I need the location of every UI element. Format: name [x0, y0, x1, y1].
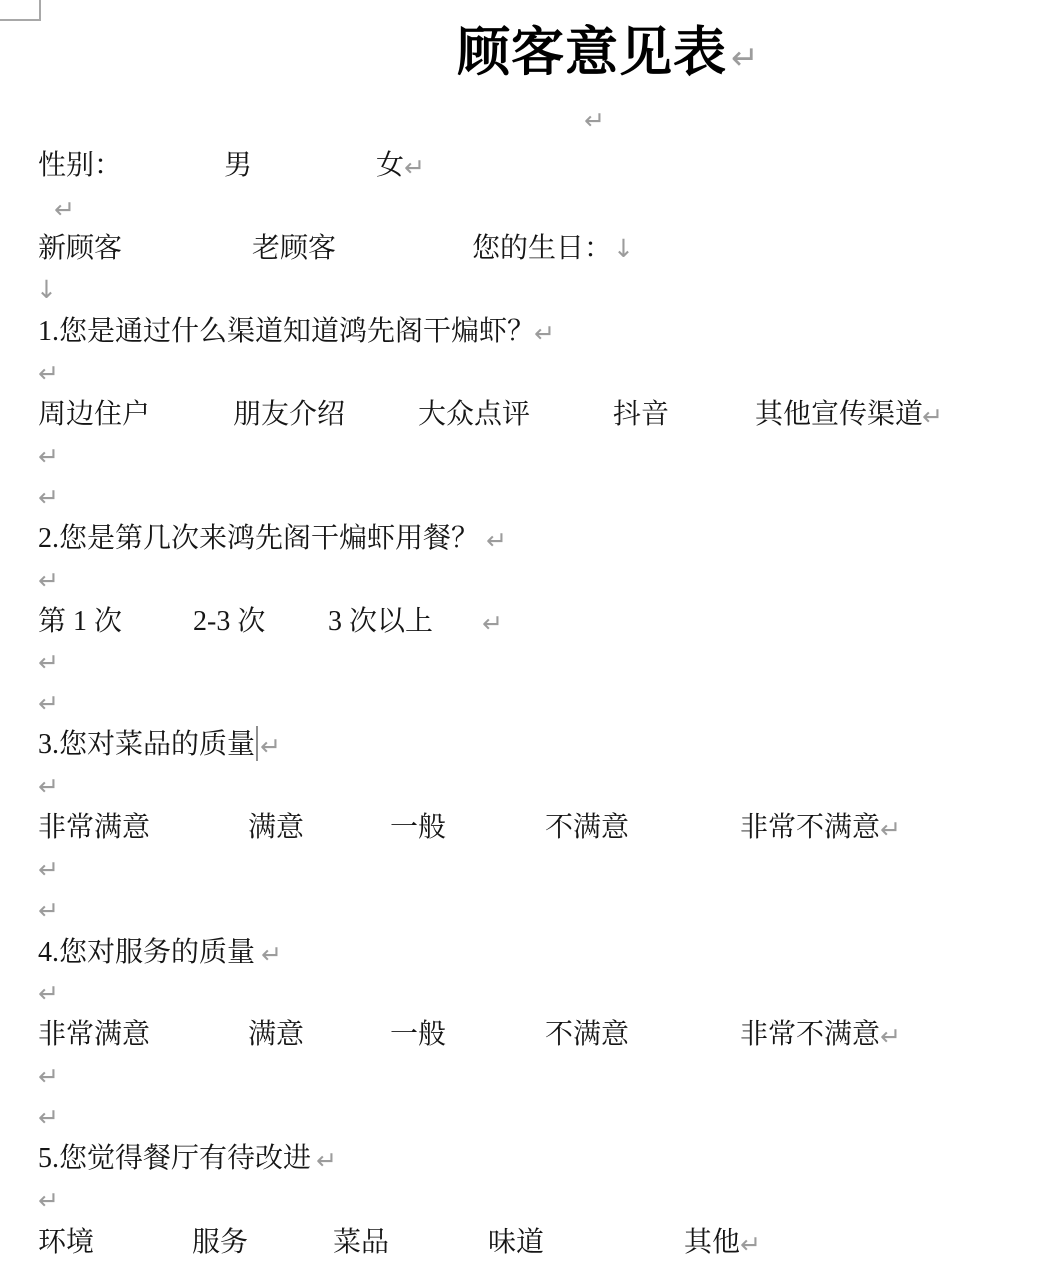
- paragraph-mark-icon: ↵: [38, 894, 59, 928]
- option-2-3-times[interactable]: 2-3 次: [193, 605, 265, 639]
- paragraph-mark-icon: ↵: [38, 1060, 59, 1094]
- option-very-dissatisfied[interactable]: 非常不满意: [740, 1018, 880, 1052]
- paragraph-mark-icon: ↵: [38, 687, 59, 721]
- option-dissatisfied[interactable]: 不满意: [545, 1018, 629, 1052]
- option-nearby-residents[interactable]: 周边住户: [38, 398, 150, 432]
- option-service[interactable]: 服务: [192, 1226, 248, 1260]
- question-2-text[interactable]: 2.您是第几次来鸿先阁干煸虾用餐？: [38, 522, 479, 556]
- paragraph-mark-icon: ↵: [38, 770, 59, 804]
- customer-option-returning[interactable]: 老顾客: [252, 232, 336, 266]
- option-environment[interactable]: 环境: [38, 1226, 94, 1260]
- line-break-mark-icon: ↓: [36, 273, 57, 307]
- option-very-satisfied[interactable]: 非常满意: [38, 811, 150, 845]
- question-1-text[interactable]: 1.您是通过什么渠道知道鸿先阁干煸虾？: [38, 315, 535, 349]
- option-satisfied[interactable]: 满意: [248, 1018, 304, 1052]
- option-other[interactable]: 其他: [684, 1226, 740, 1260]
- paragraph-mark-icon: ↵: [38, 481, 59, 515]
- option-other-channels[interactable]: 其他宣传渠道: [755, 398, 923, 432]
- paragraph-mark-icon: ↵: [38, 564, 59, 598]
- paragraph-mark-icon: ↵: [38, 977, 59, 1011]
- line-break-mark-icon: ↓: [613, 232, 634, 266]
- paragraph-mark-icon: ↵: [54, 193, 75, 227]
- question-4-text[interactable]: 4.您对服务的质量: [38, 936, 255, 970]
- paragraph-mark-icon: ↵: [38, 357, 59, 391]
- paragraph-mark-icon: ↵: [38, 646, 59, 680]
- paragraph-mark-icon: ↵: [731, 38, 759, 78]
- paragraph-mark-icon: ↵: [316, 1144, 337, 1178]
- option-douyin[interactable]: 抖音: [613, 398, 669, 432]
- paragraph-mark-icon: ↵: [260, 730, 281, 764]
- text-frame-corner: [0, 0, 41, 21]
- option-taste[interactable]: 味道: [488, 1226, 544, 1260]
- paragraph-mark-icon: ↵: [922, 400, 943, 434]
- document-page[interactable]: 顾客意见表 ↵↵性别：男女↵↵新顾客老顾客您的生日：↓↓1.您是通过什么渠道知道…: [0, 0, 1052, 1276]
- paragraph-mark-icon: ↵: [584, 104, 605, 138]
- customer-option-new[interactable]: 新顾客: [38, 232, 122, 266]
- paragraph-mark-icon: ↵: [740, 1228, 761, 1262]
- option-neutral[interactable]: 一般: [390, 1018, 446, 1052]
- option-satisfied[interactable]: 满意: [248, 811, 304, 845]
- option-first-time[interactable]: 第 1 次: [38, 605, 122, 639]
- paragraph-mark-icon: ↵: [38, 853, 59, 887]
- option-dishes[interactable]: 菜品: [333, 1226, 389, 1260]
- paragraph-mark-icon: ↵: [38, 1184, 59, 1218]
- text-cursor: [256, 726, 258, 761]
- option-dianping[interactable]: 大众点评: [418, 398, 530, 432]
- paragraph-mark-icon: ↵: [482, 607, 503, 641]
- gender-option-female[interactable]: 女: [376, 149, 404, 183]
- option-more-than-3-times[interactable]: 3 次以上: [328, 605, 433, 639]
- option-friend-referral[interactable]: 朋友介绍: [233, 398, 345, 432]
- question-3-text[interactable]: 3.您对菜品的质量: [38, 728, 255, 762]
- option-very-satisfied[interactable]: 非常满意: [38, 1018, 150, 1052]
- question-5-text[interactable]: 5.您觉得餐厅有待改进: [38, 1142, 311, 1176]
- option-very-dissatisfied[interactable]: 非常不满意: [740, 811, 880, 845]
- gender-option-male[interactable]: 男: [224, 149, 252, 183]
- paragraph-mark-icon: ↵: [261, 938, 282, 972]
- page-title[interactable]: 顾客意见表: [457, 22, 727, 84]
- paragraph-mark-icon: ↵: [404, 151, 425, 185]
- option-dissatisfied[interactable]: 不满意: [545, 811, 629, 845]
- paragraph-mark-icon: ↵: [880, 1020, 901, 1054]
- paragraph-mark-icon: ↵: [486, 524, 507, 558]
- option-neutral[interactable]: 一般: [390, 811, 446, 845]
- birthday-label[interactable]: 您的生日：: [472, 232, 612, 266]
- paragraph-mark-icon: ↵: [38, 1101, 59, 1135]
- paragraph-mark-icon: ↵: [38, 440, 59, 474]
- gender-label[interactable]: 性别：: [38, 149, 122, 183]
- paragraph-mark-icon: ↵: [880, 813, 901, 847]
- paragraph-mark-icon: ↵: [534, 317, 555, 351]
